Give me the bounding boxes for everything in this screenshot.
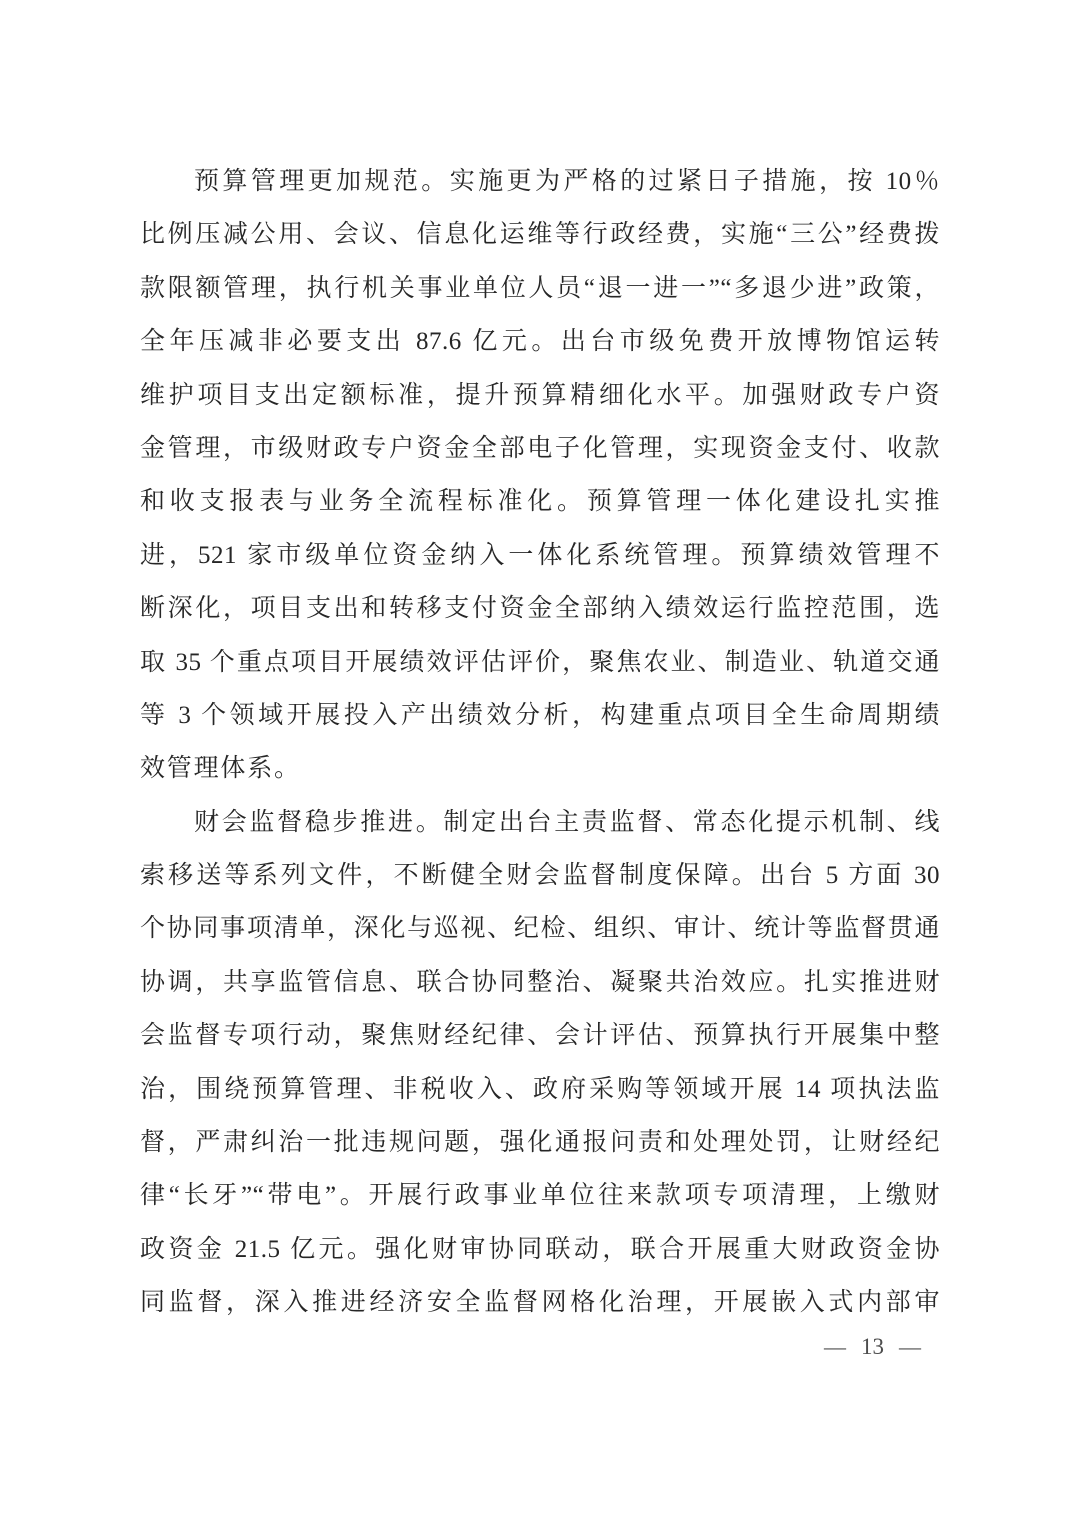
text-line: 会监督专项行动，聚焦财经纪律、会计评估、预算执行开展集中整 (140, 1009, 940, 1062)
text-line: 维护项目支出定额标准，提升预算精细化水平。加强财政专户资 (140, 369, 940, 422)
page-number-dash-left: — (824, 1330, 846, 1364)
text-line: 预算管理更加规范。实施更为严格的过紧日子措施，按 10％ (140, 155, 940, 208)
text-line: 效管理体系。 (140, 742, 940, 795)
text-line: 和收支报表与业务全流程标准化。预算管理一体化建设扎实推 (140, 475, 940, 528)
text-line: 款限额管理，执行机关事业单位人员“退一进一”“多退少进”政策， (140, 262, 940, 315)
text-line: 治，围绕预算管理、非税收入、政府采购等领域开展 14 项执法监 (140, 1063, 940, 1116)
text-line: 比例压减公用、会议、信息化运维等行政经费，实施“三公”经费拨 (140, 208, 940, 261)
document-page: 预算管理更加规范。实施更为严格的过紧日子措施，按 10％比例压减公用、会议、信息… (0, 0, 1074, 1520)
page-number: 13 (861, 1330, 884, 1364)
text-line: 取 35 个重点项目开展绩效评估评价，聚焦农业、制造业、轨道交通 (140, 636, 940, 689)
text-line: 财会监督稳步推进。制定出台主责监督、常态化提示机制、线 (140, 796, 940, 849)
paragraph-2: 财会监督稳步推进。制定出台主责监督、常态化提示机制、线索移送等系列文件，不断健全… (140, 796, 940, 1330)
text-line: 金管理，市级财政专户资金全部电子化管理，实现资金支付、收款 (140, 422, 940, 475)
text-line: 等 3 个领域开展投入产出绩效分析，构建重点项目全生命周期绩 (140, 689, 940, 742)
text-line: 全年压减非必要支出 87.6 亿元。出台市级免费开放博物馆运转 (140, 315, 940, 368)
document-body: 预算管理更加规范。实施更为严格的过紧日子措施，按 10％比例压减公用、会议、信息… (140, 155, 940, 1330)
text-line: 律“长牙”“带电”。开展行政事业单位往来款项专项清理，上缴财 (140, 1169, 940, 1222)
text-line: 进，521 家市级单位资金纳入一体化系统管理。预算绩效管理不 (140, 529, 940, 582)
text-line: 个协同事项清单，深化与巡视、纪检、组织、审计、统计等监督贯通 (140, 902, 940, 955)
page-number-dash-right: — (899, 1330, 921, 1364)
text-line: 政资金 21.5 亿元。强化财审协同联动，联合开展重大财政资金协 (140, 1223, 940, 1276)
text-line: 同监督，深入推进经济安全监督网格化治理，开展嵌入式内部审 (140, 1276, 940, 1329)
page-footer: — 13 — (790, 1330, 955, 1364)
text-line: 协调，共享监管信息、联合协同整治、凝聚共治效应。扎实推进财 (140, 956, 940, 1009)
text-line: 索移送等系列文件，不断健全财会监督制度保障。出台 5 方面 30 (140, 849, 940, 902)
paragraph-1: 预算管理更加规范。实施更为严格的过紧日子措施，按 10％比例压减公用、会议、信息… (140, 155, 940, 796)
text-line: 断深化，项目支出和转移支付资金全部纳入绩效运行监控范围，选 (140, 582, 940, 635)
text-line: 督，严肃纠治一批违规问题，强化通报问责和处理处罚，让财经纪 (140, 1116, 940, 1169)
